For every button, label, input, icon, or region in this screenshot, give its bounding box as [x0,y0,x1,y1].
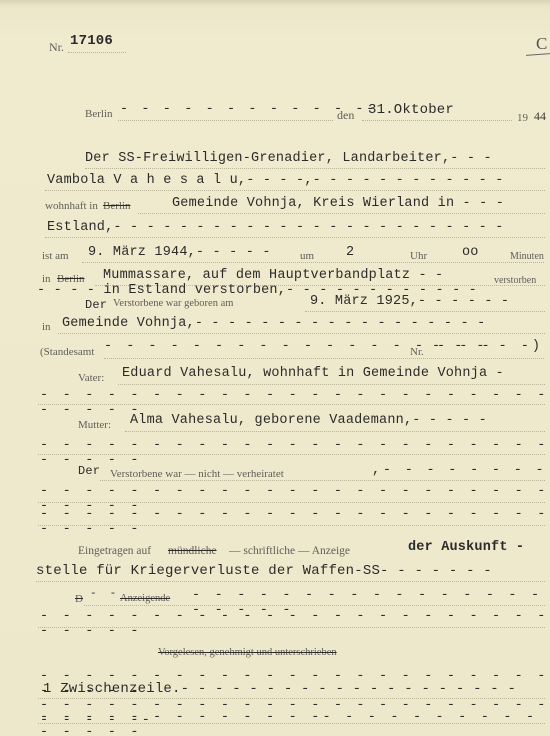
father-underline-1 [118,384,545,385]
death-hour: 2 [346,245,354,260]
place-label: Berlin [85,108,113,120]
birth-place: Gemeinde Vohnja,- - - - - - - - - - - - … [62,316,485,331]
informant-underline-2 [38,627,545,628]
entry-line-2: stelle für Kriegerverluste der Waffen-SS… [36,563,492,579]
birth-place-label: in [42,321,51,333]
birth-date-underline [305,311,545,312]
informant-underline-1 [84,605,545,606]
informant-line-2: - - - - - - - - - - - - - - - - - - - - … [40,609,550,639]
informant-label: Anzeigende [120,593,170,604]
registry-label: (Standesamt [40,346,94,358]
death-label-ist-am: ist am [42,250,69,262]
informant-dash: - - [90,588,119,600]
death-date: 9. März 1944,- - - - - [88,245,271,260]
father-underline-2 [38,404,545,405]
corner-mark-underline [526,53,550,56]
subject-line-1: Der SS-Freiwilligen-Grenadier, Landarbei… [85,151,492,166]
closing-underline-2 [38,723,545,724]
residence-struck: Berlin [103,200,131,212]
registry-nr-label: Nr. [410,346,424,358]
year-prefix: 19 [517,112,528,124]
entry-underline [36,581,545,582]
entry-struck: mündliche [168,545,217,557]
death-date-underline [82,262,544,263]
registry-nr-fill: - - - - -) [432,339,543,354]
year-suffix: 44 [534,109,546,124]
date-value: 31.Oktober [368,102,454,118]
residence-line-1: Gemeinde Vohnja, Kreis Wierland in - - - [172,196,504,211]
birth-label: Verstorbene war geboren am [113,298,233,309]
marital-text: Verstorbene war — nicht — verheiratet [110,468,284,480]
residence-underline-1 [138,213,545,214]
mother-label: Mutter: [78,419,111,431]
signature-formula: Vorgelesen, genehmigt und unterschrieben [158,647,337,658]
residence-underline-2 [45,237,545,238]
subject-underline-1 [85,168,545,169]
date-underline [362,120,512,121]
marital-der: Der [78,464,100,478]
birth-der: Der [85,298,107,312]
marital-underline-3 [38,525,545,526]
death-place-line-1: Mummassare, auf dem Hauptverbandplatz - … [103,268,443,283]
informant-struck: D [75,593,83,605]
mother-underline-1 [125,431,545,432]
marital-fill: ,- - - - - - - - [372,463,546,478]
subject-line-2: Vambola V a h e s a l u,- - - -,- - - - … [47,173,504,188]
document-number: 17106 [70,33,113,49]
closing-note: 1 Zwischenzeile.- - - - - - - - - - - - … [43,681,516,697]
marital-underline-1 [100,480,545,481]
death-label-um: um [300,250,314,262]
entry-line-1: der Auskunft - [408,540,524,555]
registry-underline [104,358,544,359]
number-underline [68,52,126,53]
residence-line-2: Estland,- - - - - - - - - - - - - - - - … [47,220,504,235]
date-label: den [337,108,354,123]
entry-text: — schriftliche — Anzeige [229,545,350,557]
corner-mark: C [536,34,547,54]
death-label-minuten: Minuten [510,251,544,262]
residence-label: wohnhaft in [45,200,98,212]
father-label: Vater: [78,372,104,384]
birth-date: 9. März 1925,- - - - - - [310,294,509,309]
marital-line-3: - - - - - - - - - - - - - - - - - - - - … [40,507,550,537]
marital-underline-2 [38,502,545,503]
number-label: Nr. [49,40,64,55]
death-minutes: oo [462,245,479,260]
mother-underline-2 [38,454,545,455]
mother-line-1: Alma Vahesalu, geborene Vaademann,- - - … [130,413,487,428]
entry-label: Eingetragen auf [78,545,151,557]
father-line-1: Eduard Vahesalu, wohnhaft in Gemeinde Vo… [122,366,504,381]
birth-place-underline [58,333,545,334]
death-label-uhr: Uhr [410,250,427,262]
subject-underline-2 [45,190,545,191]
place-underline [118,120,333,121]
